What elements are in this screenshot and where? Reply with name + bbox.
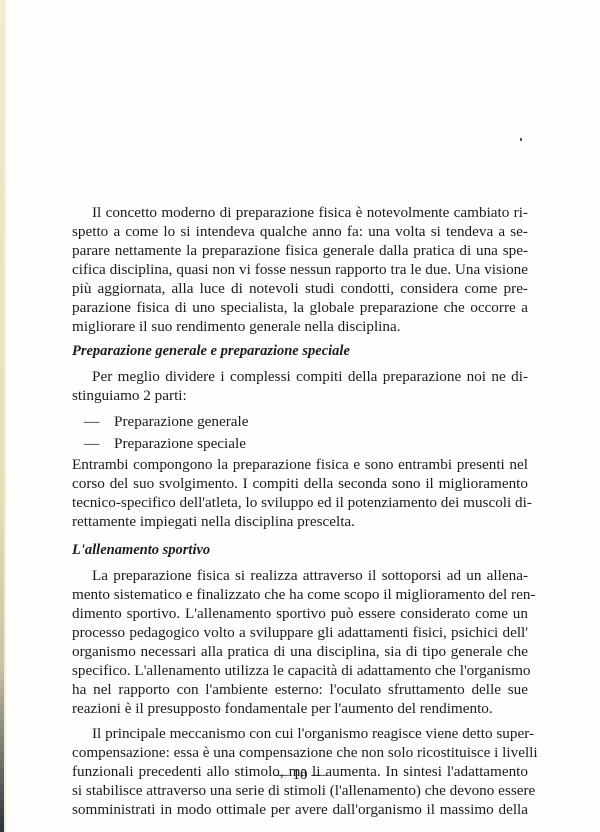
dash-bullet: — — [84, 411, 114, 433]
text-line: Per meglio dividere i complessi compiti … — [72, 367, 528, 386]
parts-list: — Preparazione generale — Preparazione s… — [72, 411, 528, 455]
text-line: specifico. L'allenamento utilizza le cap… — [72, 661, 528, 680]
text-line: parazione fisica di uno specialista, la … — [72, 298, 528, 317]
text-line: più aggiornata, alla luce di notevoli st… — [72, 279, 528, 298]
text-line: Il principale meccanismo con cui l'organ… — [72, 724, 528, 743]
paragraph-allenamento: La preparazione fisica si realizza attra… — [72, 566, 528, 718]
text-line: rettamente impiegati nella disciplina pr… — [72, 512, 528, 531]
dash-bullet: — — [84, 433, 114, 455]
text-line: cifica disciplina, quasi non vi fosse ne… — [72, 260, 528, 279]
paragraph-intro: Il concetto moderno di preparazione fisi… — [72, 203, 528, 336]
section-heading-preparazione: Preparazione generale e preparazione spe… — [72, 342, 528, 361]
page-number: — 10 — — [0, 767, 600, 784]
section-heading-allenamento: L'allenamento sportivo — [72, 541, 528, 560]
text-line: processo pedagogico volto a sviluppare g… — [72, 623, 528, 642]
paragraph-divisione: Per meglio dividere i complessi compiti … — [72, 367, 528, 405]
page-edge-binding — [4, 0, 6, 832]
text-line: corso del suo svolgimento. I compiti del… — [72, 474, 528, 493]
text-line: compensazione: essa è una compensazione … — [72, 743, 528, 762]
text-line: tecnico-specifico dell'atleta, lo svilup… — [72, 493, 528, 512]
text-line: La preparazione fisica si realizza attra… — [72, 566, 528, 585]
print-speck — [520, 138, 522, 141]
text-line: Entrambi compongono la preparazione fisi… — [72, 455, 528, 474]
list-item: — Preparazione generale — [72, 411, 528, 433]
text-line: reazioni è il presupposto fondamentale p… — [72, 699, 528, 718]
list-item: — Preparazione speciale — [72, 433, 528, 455]
text-line: Il concetto moderno di preparazione fisi… — [72, 203, 528, 222]
text-line: spetto a come lo si intendeva qualche an… — [72, 222, 528, 241]
list-item-label: Preparazione speciale — [114, 433, 246, 455]
text-line: dimento sportivo. L'allenamento sportivo… — [72, 604, 528, 623]
list-item-label: Preparazione generale — [114, 411, 249, 433]
text-line: parare nettamente la preparazione fisica… — [72, 241, 528, 260]
text-line: somministrati in modo ottimale per avere… — [72, 800, 528, 819]
body-text: Il concetto moderno di preparazione fisi… — [72, 203, 528, 819]
text-line: organismo necessari alla pratica di una … — [72, 642, 528, 661]
text-line: stinguiamo 2 parti: — [72, 386, 528, 405]
paragraph-entrambi: Entrambi compongono la preparazione fisi… — [72, 455, 528, 531]
text-line: mento sistematico e finalizzato che ha c… — [72, 585, 528, 604]
text-line: ha nel rapporto con l'ambiente esterno: … — [72, 680, 528, 699]
text-line: migliorare il suo rendimento generale ne… — [72, 317, 528, 336]
